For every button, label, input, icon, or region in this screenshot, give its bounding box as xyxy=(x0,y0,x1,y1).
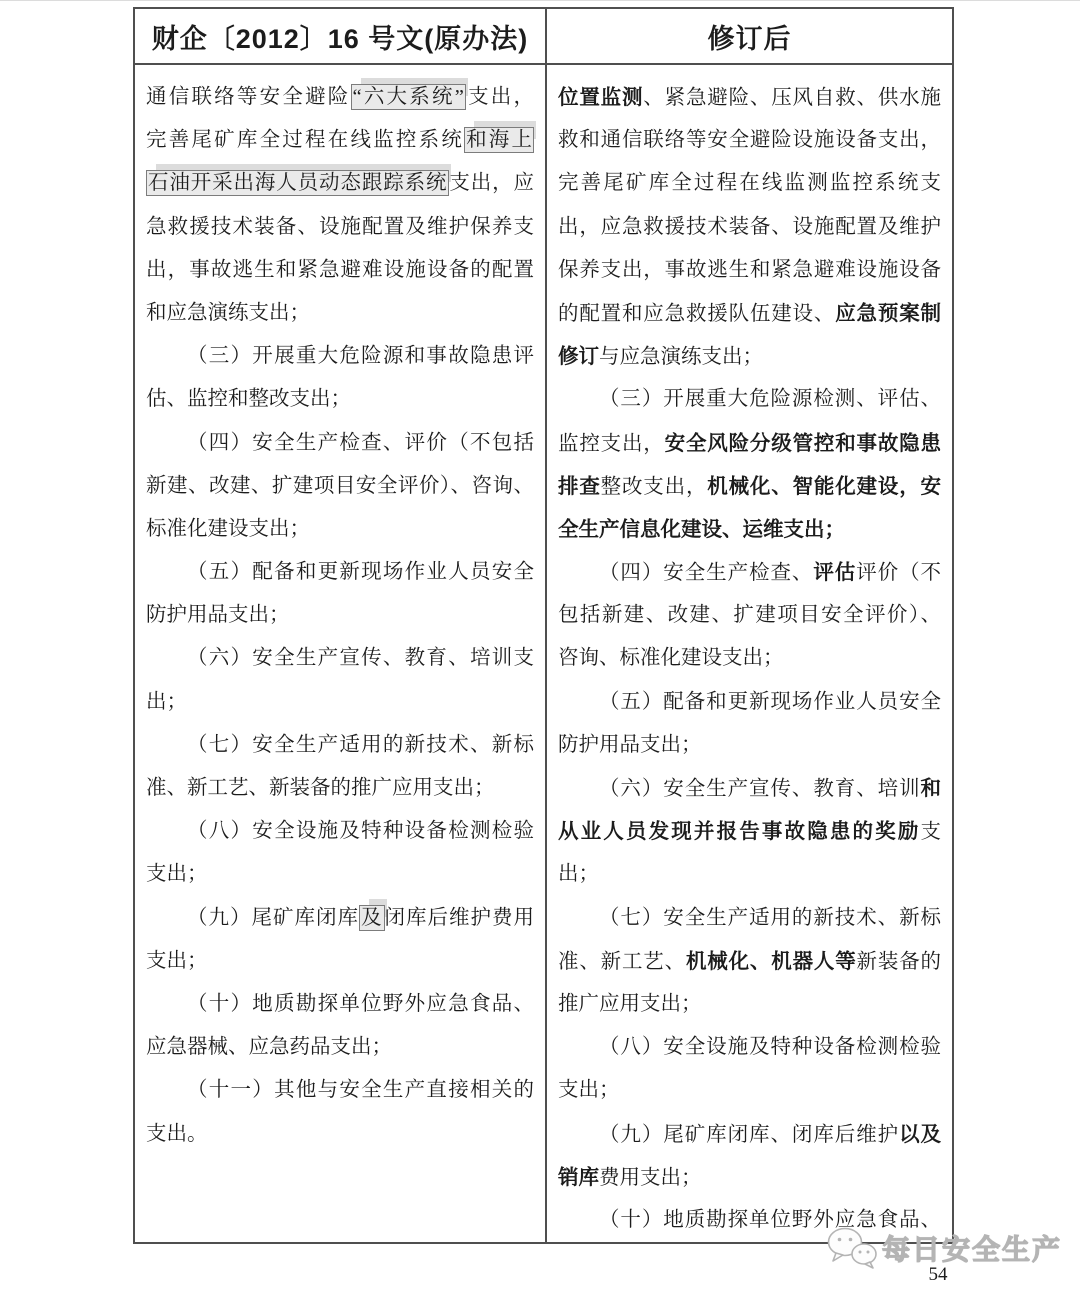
text-line: 应急器械、应急药品支出； xyxy=(146,1026,534,1069)
text-segment: （九）尾矿库闭库、闭库后维护 xyxy=(599,1124,899,1146)
text-line: 完善尾矿库全过程在线监测监控系统支 xyxy=(558,162,941,205)
text-segment: 出，应急救援技术装备、设施配置及维护 xyxy=(558,216,941,238)
table-body-row: 通信联络等安全避险“六大系统”支出，完善尾矿库全过程在线监控系统和海上石油开采出… xyxy=(134,64,953,1243)
revision-boxed-text: “六大系统” xyxy=(351,84,466,110)
text-segment: 支出； xyxy=(558,1079,620,1101)
text-segment: 咨询、标准化建设支出； xyxy=(558,647,784,669)
text-segment: （八）安全设施及特种设备检测检验 xyxy=(187,820,534,842)
text-line: 准、新工艺、机械化、机器人等新装备的 xyxy=(558,940,941,983)
text-segment: 防护用品支出； xyxy=(146,604,290,626)
text-segment: 出； xyxy=(558,863,599,885)
text-segment: 新建、改建、扩建项目安全评价）、咨询、 xyxy=(146,475,534,497)
text-line: 从业人员发现并报告事故隐患的奖励支 xyxy=(558,810,941,853)
original-regulation-column: 通信联络等安全避险“六大系统”支出，完善尾矿库全过程在线监控系统和海上石油开采出… xyxy=(134,64,546,1243)
revised-regulation-column: 位置监测、紧急避险、压风自救、供水施救和通信联络等安全避险设施设备支出，完善尾矿… xyxy=(546,64,953,1243)
watermark: 每日安全生产 xyxy=(826,1222,1080,1274)
text-line: （九）尾矿库闭库及闭库后维护费用 xyxy=(146,897,534,940)
column-header-original: 财企〔2012〕16 号文(原办法) xyxy=(134,8,546,64)
text-line: 全生产信息化建设、运维支出； xyxy=(558,508,941,551)
text-segment: 准、新工艺、 xyxy=(558,951,686,973)
text-line: 防护用品支出； xyxy=(558,724,941,767)
text-segment: 防护用品支出； xyxy=(558,734,702,756)
text-line: （三）开展重大危险源和事故隐患评 xyxy=(146,335,534,378)
column-header-revised: 修订后 xyxy=(546,8,953,64)
text-line: 准、新工艺、新装备的推广应用支出； xyxy=(146,767,534,810)
text-segment: 支 xyxy=(921,821,942,843)
text-segment: 准、新工艺、新装备的推广应用支出； xyxy=(146,777,495,799)
text-line: （五）配备和更新现场作业人员安全 xyxy=(558,681,941,724)
text-segment: （四）安全生产检查、评价（不包括 xyxy=(187,432,534,454)
text-line: （九）尾矿库闭库、闭库后维护以及 xyxy=(558,1113,941,1156)
text-line: 标准化建设支出； xyxy=(146,508,534,551)
text-line: （七）安全生产适用的新技术、新标 xyxy=(146,724,534,767)
document-page: 财企〔2012〕16 号文(原办法) 修订后 通信联络等安全避险“六大系统”支出… xyxy=(0,0,1080,1298)
text-segment: 出，事故逃生和紧急避难设施设备的配置 xyxy=(146,259,534,281)
text-line: （四）安全生产检查、评价（不包括 xyxy=(146,422,534,465)
text-line: 救和通信联络等安全避险设施设备支出， xyxy=(558,119,941,162)
text-segment: 评价（不 xyxy=(856,562,941,584)
text-segment: 标准化建设支出； xyxy=(146,518,310,540)
watermark-label: 每日安全生产 xyxy=(882,1228,1062,1268)
text-segment: （八）安全设施及特种设备检测检验 xyxy=(599,1036,941,1058)
text-line: 位置监测、紧急避险、压风自救、供水施 xyxy=(558,76,941,119)
text-segment: （七）安全生产适用的新技术、新标 xyxy=(599,907,941,929)
table-header-row: 财企〔2012〕16 号文(原办法) 修订后 xyxy=(134,8,953,64)
text-line: （十）地质勘探单位野外应急食品、 xyxy=(146,983,534,1026)
text-segment: 支出。 xyxy=(146,1123,208,1145)
text-segment: 应急器械、应急药品支出； xyxy=(146,1036,392,1058)
text-segment: （十一）其他与安全生产直接相关的 xyxy=(187,1079,534,1101)
text-segment: （五）配备和更新现场作业人员安全 xyxy=(187,561,534,583)
text-segment: 的配置和应急救援队伍建设、 xyxy=(558,303,835,325)
text-line: 和应急演练支出； xyxy=(146,292,534,335)
text-segment: 支出； xyxy=(146,863,208,885)
revision-bold-text: 从业人员发现并报告事故隐患的奖励 xyxy=(558,820,921,843)
text-segment: （九）尾矿库闭库 xyxy=(187,907,359,929)
text-line: 修订与应急演练支出； xyxy=(558,335,941,378)
text-segment: 和应急演练支出； xyxy=(146,302,310,324)
text-segment: 通信联络等安全避险 xyxy=(146,86,351,108)
revision-bold-text: 和 xyxy=(921,777,942,800)
text-line: 包括新建、改建、扩建项目安全评价）、 xyxy=(558,594,941,637)
text-segment: 新装备的 xyxy=(857,951,941,973)
text-line: （六）安全生产宣传、教育、培训支 xyxy=(146,637,534,680)
text-line: （十一）其他与安全生产直接相关的 xyxy=(146,1069,534,1112)
text-segment: 整改支出， xyxy=(601,476,708,498)
text-segment: 完善尾矿库全过程在线监测监控系统支 xyxy=(558,172,941,194)
revision-bold-text: 应急预案制 xyxy=(835,302,941,325)
text-segment: 支出， xyxy=(466,86,534,108)
text-line: 通信联络等安全避险“六大系统”支出， xyxy=(146,76,534,119)
text-segment: 出； xyxy=(146,691,187,713)
text-segment: （三）开展重大危险源检测、评估、 xyxy=(599,388,941,410)
text-line: 保养支出，事故逃生和紧急避难设施设备 xyxy=(558,249,941,292)
revision-bold-text: 销库 xyxy=(558,1166,599,1189)
text-line: 咨询、标准化建设支出； xyxy=(558,637,941,680)
text-line: （七）安全生产适用的新技术、新标 xyxy=(558,897,941,940)
text-segment: （六）安全生产宣传、教育、培训 xyxy=(599,778,921,800)
text-segment: 推广应用支出； xyxy=(558,993,702,1015)
text-line: 急救援技术装备、设施配置及维护保养支 xyxy=(146,206,534,249)
text-segment: 、紧急避险、压风自救、供水施 xyxy=(643,87,941,109)
text-segment: 完善尾矿库全过程在线监控系统 xyxy=(146,129,464,151)
text-segment: 与应急演练支出； xyxy=(599,346,763,368)
text-segment: 急救援技术装备、设施配置及维护保养支 xyxy=(146,216,534,238)
revision-bold-text: 以及 xyxy=(899,1123,941,1146)
text-line: 出； xyxy=(146,681,534,724)
text-line: （八）安全设施及特种设备检测检验 xyxy=(558,1026,941,1069)
text-line: 出； xyxy=(558,853,941,896)
text-segment: 支出； xyxy=(146,950,208,972)
text-line: （四）安全生产检查、评估评价（不 xyxy=(558,551,941,594)
wechat-icon xyxy=(826,1226,878,1270)
text-line: 估、监控和整改支出； xyxy=(146,378,534,421)
text-line: 支出。 xyxy=(146,1113,534,1156)
text-line: 支出； xyxy=(146,853,534,896)
text-line: （六）安全生产宣传、教育、培训和 xyxy=(558,767,941,810)
text-segment: 保养支出，事故逃生和紧急避难设施设备 xyxy=(558,259,941,281)
revision-bold-text: 机械化、智能化建设，安 xyxy=(707,475,941,498)
text-line: 支出； xyxy=(558,1069,941,1112)
text-line: （三）开展重大危险源检测、评估、 xyxy=(558,378,941,421)
text-line: 监控支出，安全风险分级管控和事故隐患 xyxy=(558,422,941,465)
text-segment: （三）开展重大危险源和事故隐患评 xyxy=(187,345,534,367)
text-line: 排查整改支出，机械化、智能化建设，安 xyxy=(558,465,941,508)
text-segment: 救和通信联络等安全避险设施设备支出， xyxy=(558,129,941,151)
text-line: 防护用品支出； xyxy=(146,594,534,637)
revision-bold-text: 评估 xyxy=(813,561,856,584)
text-line: 出，事故逃生和紧急避难设施设备的配置 xyxy=(146,249,534,292)
text-segment: （五）配备和更新现场作业人员安全 xyxy=(599,691,941,713)
text-segment: 闭库后维护费用 xyxy=(385,907,535,929)
text-line: 完善尾矿库全过程在线监控系统和海上 xyxy=(146,119,534,162)
text-segment: 监控支出， xyxy=(558,433,665,455)
revision-boxed-text: 及 xyxy=(359,905,385,931)
text-segment: 费用支出； xyxy=(599,1167,702,1189)
page-top-edge xyxy=(0,0,1080,1)
revision-boxed-text: 石油开采出海人员动态跟踪系统 xyxy=(146,170,449,196)
text-line: 推广应用支出； xyxy=(558,983,941,1026)
text-line: 销库费用支出； xyxy=(558,1156,941,1199)
text-line: 石油开采出海人员动态跟踪系统支出，应 xyxy=(146,162,534,205)
text-segment: 支出，应 xyxy=(449,172,534,194)
revision-bold-text: 排查 xyxy=(558,475,601,498)
text-segment: （四）安全生产检查、 xyxy=(599,562,813,584)
revision-bold-text: 位置监测 xyxy=(558,86,643,109)
text-segment: 估、监控和整改支出； xyxy=(146,388,351,410)
text-line: 出，应急救援技术装备、设施配置及维护 xyxy=(558,206,941,249)
text-segment: （十）地质勘探单位野外应急食品、 xyxy=(187,993,534,1015)
text-segment: 包括新建、改建、扩建项目安全评价）、 xyxy=(558,604,941,626)
revision-bold-text: 安全风险分级管控和事故隐患 xyxy=(665,432,941,455)
text-line: 支出； xyxy=(146,940,534,983)
text-line: （八）安全设施及特种设备检测检验 xyxy=(146,810,534,853)
text-line: 新建、改建、扩建项目安全评价）、咨询、 xyxy=(146,465,534,508)
revision-bold-text: 修订 xyxy=(558,345,599,368)
comparison-table: 财企〔2012〕16 号文(原办法) 修订后 通信联络等安全避险“六大系统”支出… xyxy=(133,7,954,1244)
revision-bold-text: 机械化、机器人等 xyxy=(686,950,857,973)
text-line: （五）配备和更新现场作业人员安全 xyxy=(146,551,534,594)
revision-bold-text: 全生产信息化建设、运维支出； xyxy=(558,518,845,541)
revision-boxed-text: 和海上 xyxy=(464,127,534,153)
text-segment: （六）安全生产宣传、教育、培训支 xyxy=(187,647,534,669)
text-line: 的配置和应急救援队伍建设、应急预案制 xyxy=(558,292,941,335)
text-segment: （七）安全生产适用的新技术、新标 xyxy=(187,734,534,756)
